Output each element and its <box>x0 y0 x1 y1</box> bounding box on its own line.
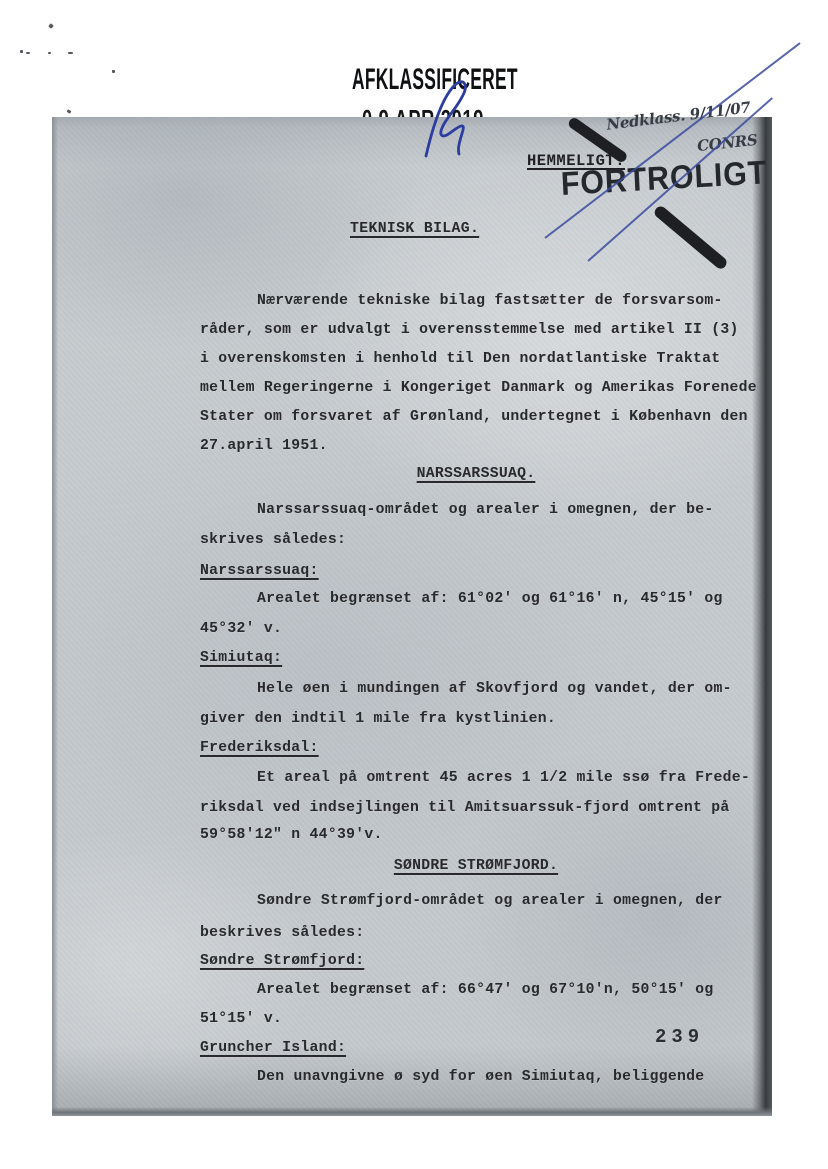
doc-line: Hele øen i mundingen af Skovfjord og van… <box>200 681 809 697</box>
page-number: 239 <box>655 1026 704 1048</box>
sub-heading: Frederiksdal: <box>200 740 752 756</box>
doc-line: beskrives således: <box>200 925 752 941</box>
signature-scribble <box>412 78 486 162</box>
scan-edge-left <box>52 117 58 1116</box>
sub-heading: Narssarssuaq: <box>200 563 752 579</box>
dust-speck <box>112 70 115 73</box>
doc-line: Arealet begrænset af: 66°47' og 67°10'n,… <box>200 982 809 998</box>
doc-line: skrives således: <box>200 532 752 548</box>
doc-line: råder, som er udvalgt i overensstemmelse… <box>200 322 752 338</box>
doc-line: Arealet begrænset af: 61°02' og 61°16' n… <box>200 591 809 607</box>
doc-line: Nærværende tekniske bilag fastsætter de … <box>200 293 809 309</box>
section-heading: NARSSARSSUAQ. <box>200 466 752 482</box>
doc-line: i overenskomsten i henhold til Den norda… <box>200 351 752 367</box>
doc-line: Et areal på omtrent 45 acres 1 1/2 mile … <box>200 770 809 786</box>
scan-edge-bottom <box>52 1107 772 1116</box>
scanned-document-page: { "declassification": { "line1": "AFKLAS… <box>0 0 828 1169</box>
dust-speck <box>26 52 30 54</box>
document-title: TEKNISK BILAG. <box>350 221 479 237</box>
doc-line: 59°58'12" n 44°39'v. <box>200 827 752 843</box>
doc-line: 51°15' v. <box>200 1011 752 1027</box>
sub-heading: Søndre Strømfjord: <box>200 953 752 969</box>
doc-line: 45°32' v. <box>200 621 752 637</box>
dust-speck <box>48 23 54 29</box>
scan-edge-right <box>752 117 772 1116</box>
doc-line: mellem Regeringerne i Kongeriget Danmark… <box>200 380 752 396</box>
doc-line: riksdal ved indsejlingen til Amitsuarssu… <box>200 800 752 816</box>
dust-speck <box>68 52 73 54</box>
sub-heading: Simiutaq: <box>200 650 752 666</box>
dust-speck <box>20 50 23 53</box>
doc-line: 27.april 1951. <box>200 438 752 454</box>
doc-line: Stater om forsvaret af Grønland, underte… <box>200 409 752 425</box>
doc-line: Søndre Strømfjord-området og arealer i o… <box>200 893 809 909</box>
section-heading: SØNDRE STRØMFJORD. <box>200 858 752 874</box>
doc-line: giver den indtil 1 mile fra kystlinien. <box>200 711 752 727</box>
dust-speck <box>48 52 51 54</box>
dust-speck <box>67 109 72 114</box>
doc-line: Den unavngivne ø syd for øen Simiutaq, b… <box>200 1069 809 1085</box>
doc-line: Narssarssuaq-området og arealer i omegne… <box>200 502 809 518</box>
